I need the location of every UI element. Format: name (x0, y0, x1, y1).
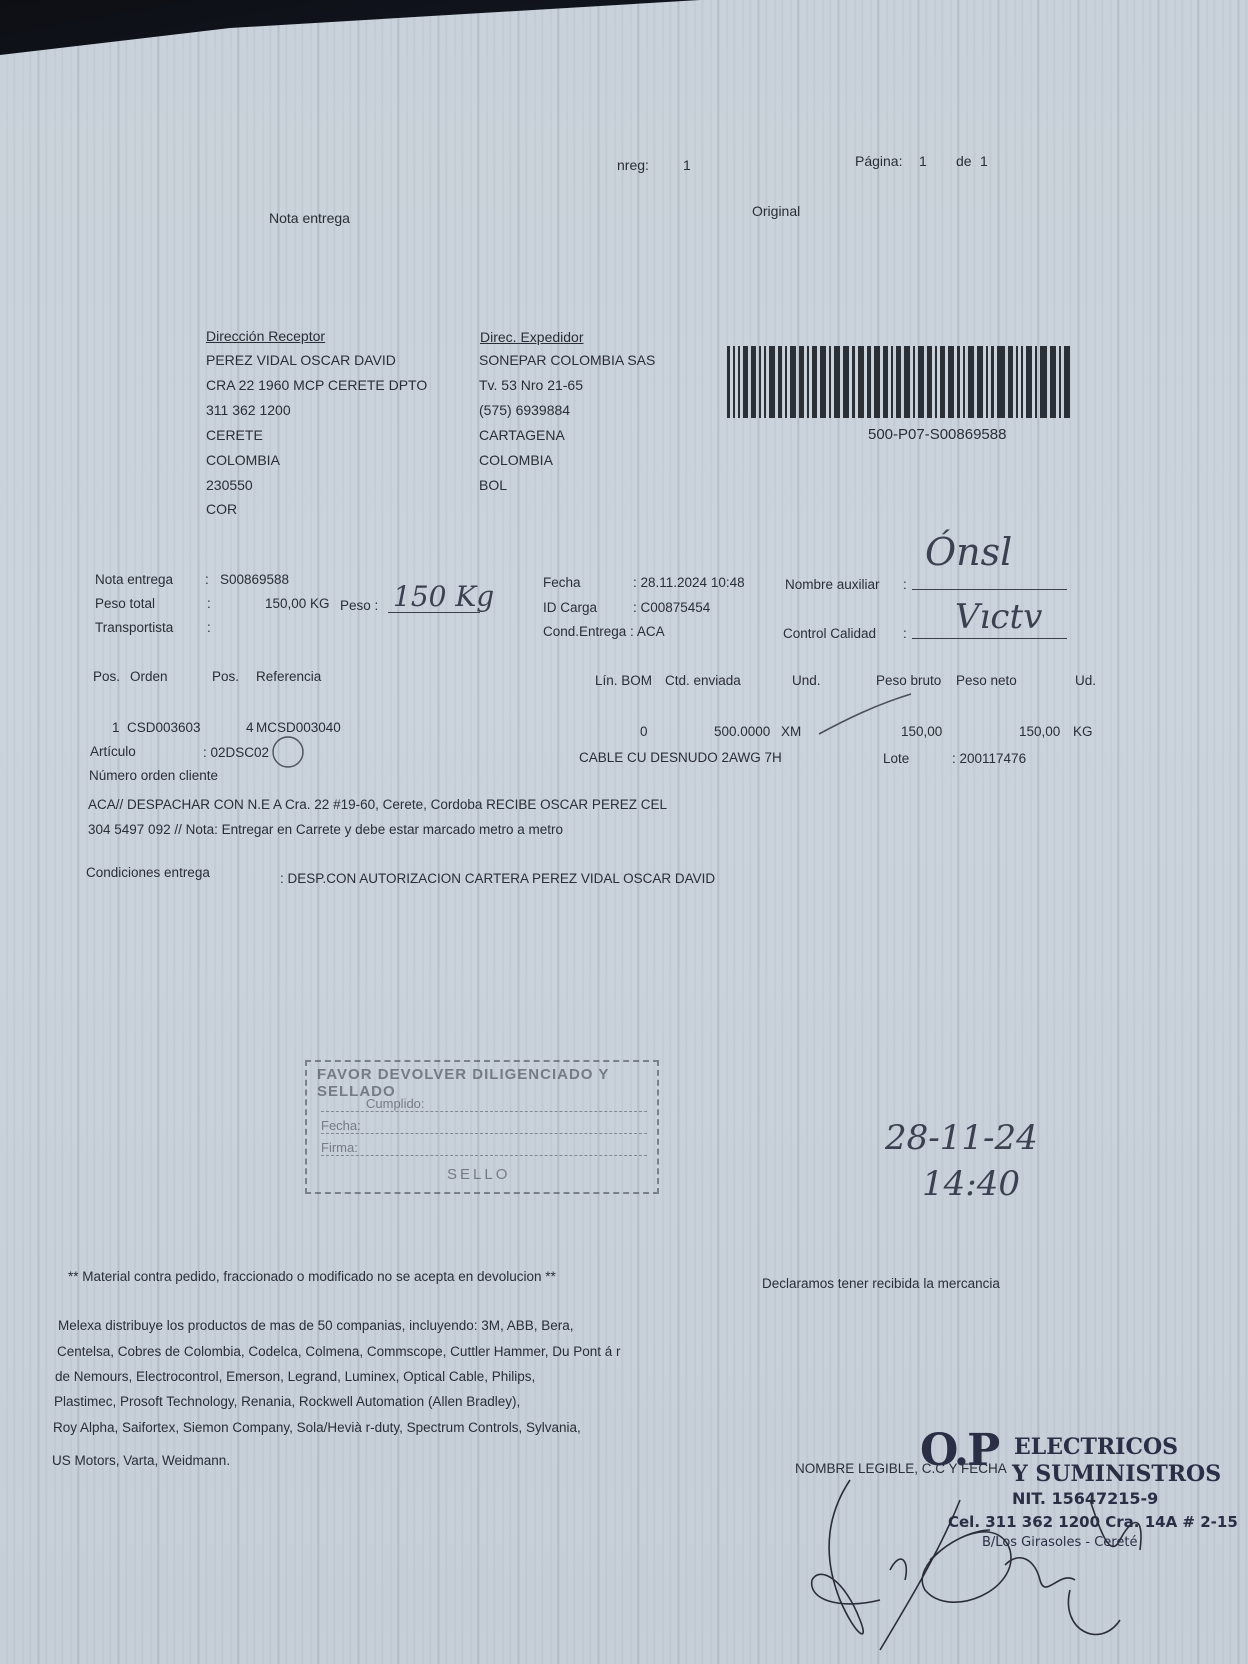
notes-line-1: ACA// DESPACHAR CON N.E A Cra. 22 #19-60… (88, 797, 667, 812)
nombre-auxiliar-label: Nombre auxiliar (785, 577, 880, 592)
distributors-line: Plastimec, Prosoft Technology, Renania, … (54, 1394, 520, 1409)
expedidor-line: (575) 6939884 (479, 402, 570, 418)
distributors-line: Centelsa, Cobres de Colombia, Codelca, C… (57, 1344, 621, 1359)
column-header: Pos. (212, 669, 239, 684)
fecha-label: Fecha (543, 575, 581, 590)
return-stamp: FAVOR DEVOLVER DILIGENCIADO Y SELLADO Cu… (305, 1060, 659, 1194)
expedidor-line: COLOMBIA (479, 452, 553, 468)
distributors-line: US Motors, Varta, Weidmann. (52, 1453, 230, 1468)
barcode-text: 500-P07-S00869588 (868, 426, 1006, 443)
cond-entrega: Cond.Entrega : ACA (543, 624, 665, 639)
column-header: Lín. BOM (595, 673, 652, 688)
cell-lin-bom: 0 (640, 724, 648, 739)
numero-orden-cliente-label: Número orden cliente (89, 768, 218, 783)
receptor-line: COLOMBIA (206, 452, 280, 468)
stamp-title: FAVOR DEVOLVER DILIGENCIADO Y SELLADO (317, 1066, 657, 1100)
nreg-label: nreg: (617, 157, 649, 173)
delivery-note-paper: nreg: 1 Página: 1 de 1 Nota entrega Orig… (0, 0, 1248, 1664)
condiciones-entrega-value: : DESP.CON AUTORIZACION CARTERA PEREZ VI… (280, 871, 715, 886)
receptor-line: CERETE (206, 427, 263, 443)
transportista-label: Transportista (95, 620, 173, 635)
expedidor-line: SONEPAR COLOMBIA SAS (479, 352, 655, 368)
nombre-auxiliar-handwritten: Ónsl (925, 530, 1012, 574)
column-header: Orden (130, 669, 168, 684)
receptor-heading: Dirección Receptor (206, 328, 325, 344)
signature-scribble (800, 1470, 1160, 1660)
receptor-line: 230550 (206, 477, 253, 493)
control-calidad-handwritten: Vıctv (955, 597, 1042, 637)
return-disclaimer: ** Material contra pedido, fraccionado o… (68, 1269, 556, 1284)
pagina-label: Página: (855, 153, 902, 169)
doc-title: Nota entrega (269, 210, 350, 226)
cell-pos: 1 (112, 720, 120, 735)
receptor-line: PEREZ VIDAL OSCAR DAVID (206, 352, 396, 368)
handwritten-date: 28-11-24 (885, 1118, 1038, 1158)
cell-und: XM (781, 724, 801, 739)
pagina-value: 1 (919, 153, 927, 169)
company-line-1: ELECTRICOS (1014, 1434, 1178, 1460)
peso-total-value: 150,00 KG (265, 596, 330, 611)
lote-label: Lote (883, 751, 909, 766)
receipt-declaration: Declaramos tener recibida la mercancia (762, 1276, 1000, 1291)
column-header: Und. (792, 673, 821, 688)
stamp-field: Cumplido: (321, 1096, 647, 1112)
cell-peso-neto: 150,00 (1019, 724, 1060, 739)
articulo-value: : 02DSC02 (203, 745, 269, 760)
distributors-line: de Nemours, Electrocontrol, Emerson, Leg… (55, 1369, 535, 1384)
column-header: Pos. (93, 669, 120, 684)
peso-label: Peso : (340, 598, 378, 613)
notes-line-2: 304 5497 092 // Nota: Entregar en Carret… (88, 822, 563, 837)
company-initials: O.P (920, 1425, 998, 1476)
condiciones-entrega-label: Condiciones entrega (86, 865, 210, 880)
handwritten-time: 14:40 (922, 1164, 1020, 1204)
cell-ud: KG (1073, 724, 1093, 739)
check-mark-stroke (815, 690, 915, 740)
column-header: Ctd. enviada (665, 673, 741, 688)
column-header: Referencia (256, 669, 321, 684)
expedidor-heading: Direc. Expedidor (480, 329, 584, 345)
cell-ctd-enviada: 500.0000 (714, 724, 770, 739)
circle-mark (268, 733, 308, 771)
expedidor-line: BOL (479, 477, 507, 493)
expedidor-line: CARTAGENA (479, 427, 565, 443)
barcode (727, 346, 1163, 418)
nota-entrega-label: Nota entrega (95, 572, 173, 587)
fecha-value: : 28.11.2024 10:48 (633, 575, 745, 590)
distributors-line: Roy Alpha, Saifortex, Siemon Company, So… (53, 1420, 581, 1435)
receptor-line: CRA 22 1960 MCP CERETE DPTO (206, 377, 427, 393)
stamp-footer: SELLO (447, 1166, 510, 1183)
column-header: Peso bruto (876, 673, 941, 688)
receptor-line: COR (206, 501, 237, 517)
cell-orden: CSD003603 (127, 720, 201, 735)
articulo-description: CABLE CU DESNUDO 2AWG 7H (579, 750, 782, 765)
column-header: Ud. (1075, 673, 1096, 688)
de-value: 1 (980, 153, 988, 169)
lote-value: : 200117476 (952, 751, 1026, 766)
receptor-line: 311 362 1200 (206, 402, 291, 418)
expedidor-line: Tv. 53 Nro 21-65 (479, 377, 583, 393)
stamp-field: Firma: (321, 1140, 647, 1156)
control-calidad-label: Control Calidad (783, 626, 876, 641)
stamp-field: Fecha: (321, 1118, 647, 1134)
column-header: Peso neto (956, 673, 1017, 688)
id-carga-label: ID Carga (543, 600, 597, 615)
nota-entrega-value: S00869588 (220, 572, 289, 587)
distributors-line: Melexa distribuye los productos de mas d… (58, 1318, 574, 1333)
peso-handwritten: 150 Kg (393, 580, 494, 613)
peso-total-label: Peso total (95, 596, 155, 611)
articulo-label: Artículo (90, 744, 136, 759)
de-label: de (956, 153, 972, 169)
cell-pos2: 4 (246, 720, 254, 735)
copy-type: Original (752, 203, 800, 219)
nreg-value: 1 (683, 157, 691, 173)
id-carga-value: : C00875454 (633, 600, 710, 615)
